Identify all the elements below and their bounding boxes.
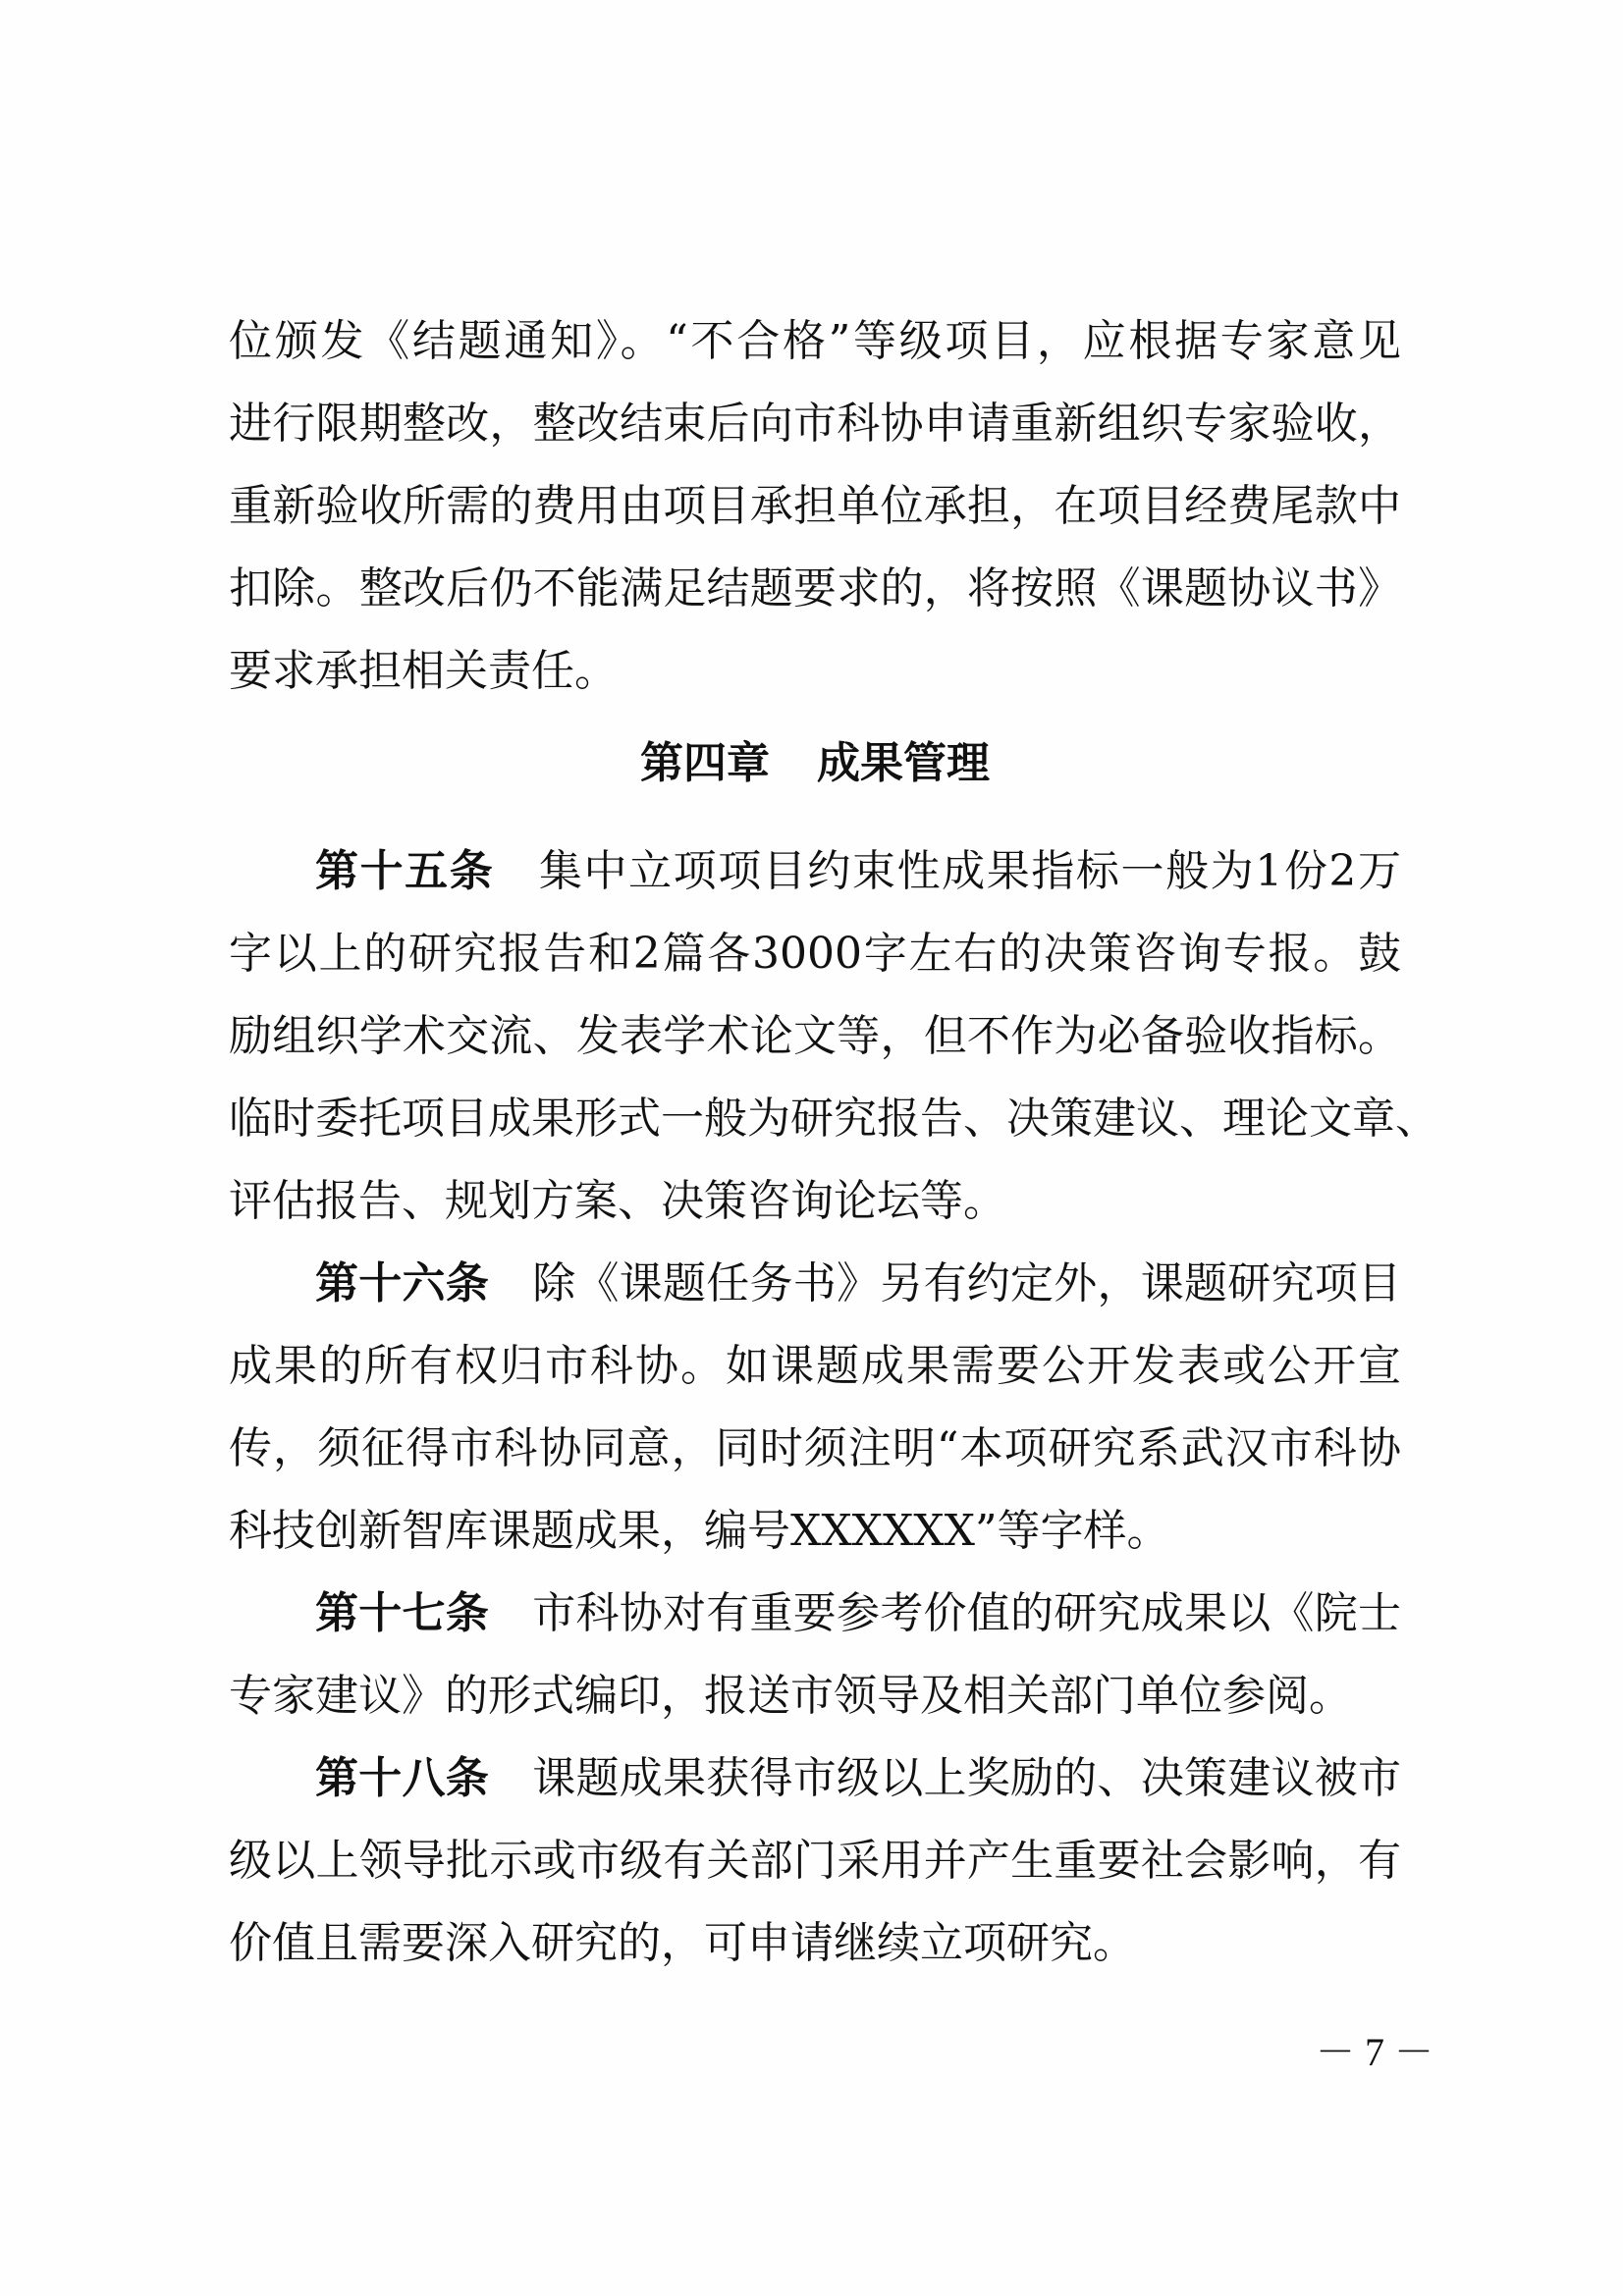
paragraph-line: 进行限期整改，整改结束后向市科协申请重新组织专家验收， [229,383,1401,465]
paragraph-line: 要求承担相关责任。 [229,630,1401,713]
page-number: － 7 － [1316,2028,1434,2077]
paragraph-line: 位颁发《结题通知》。“不合格”等级项目，应根据专家意见 [229,300,1401,383]
chapter-number: 第四章 [640,738,770,788]
paragraph-line: 价值且需要深入研究的，可申请继续立项研究。 [229,1902,1401,1985]
paragraph-line: 扣除。整改后仍不能满足结题要求的，将按照《课题协议书》 [229,548,1401,630]
article-text: 除《课题任务书》另有约定外，课题研究项目 [532,1258,1401,1308]
paragraph-line: 字以上的研究报告和2篇各3000字左右的决策咨询专报。鼓 [229,913,1401,995]
paragraph-line: 评估报告、规划方案、决策咨询论坛等。 [229,1160,1401,1243]
document-page: 位颁发《结题通知》。“不合格”等级项目，应根据专家意见 进行限期整改，整改结束后… [0,0,1623,2296]
paragraph-line: 重新验收所需的费用由项目承担单位承担，在项目经费尾款中 [229,465,1401,548]
article-label: 第十五条 [315,846,494,896]
paragraph-line: 科技创新智库课题成果，编号XXXXXX”等字样。 [229,1490,1401,1573]
paragraph-line: 专家建议》的形式编印，报送市领导及相关部门单位参阅。 [229,1655,1401,1737]
chapter-heading: 第四章成果管理 [229,722,1401,805]
article-label: 第十七条 [315,1588,489,1638]
article-text: 市科协对有重要参考价值的研究成果以《院士 [532,1588,1401,1638]
paragraph-line: 传，须征得市科协同意，同时须注明“本项研究系武汉市科协 [229,1408,1401,1490]
article-first-line: 第十五条集中立项项目约束性成果指标一般为1份2万 [229,830,1401,913]
article-first-line: 第十八条课题成果获得市级以上奖励的、决策建议被市 [229,1737,1401,1820]
article-label: 第十六条 [315,1258,489,1308]
paragraph-line: 励组织学术交流、发表学术论文等，但不作为必备验收指标。 [229,995,1401,1078]
article-text: 课题成果获得市级以上奖励的、决策建议被市 [532,1753,1401,1803]
article-label: 第十八条 [315,1753,489,1803]
article-first-line: 第十七条市科协对有重要参考价值的研究成果以《院士 [229,1573,1401,1655]
chapter-title: 成果管理 [817,738,990,788]
paragraph-line: 级以上领导批示或市级有关部门采用并产生重要社会影响，有 [229,1820,1401,1902]
article-text: 集中立项项目约束性成果指标一般为1份2万 [537,846,1401,896]
paragraph-line: 成果的所有权归市科协。如课题成果需要公开发表或公开宣 [229,1325,1401,1408]
article-first-line: 第十六条除《课题任务书》另有约定外，课题研究项目 [229,1243,1401,1325]
paragraph-line: 临时委托项目成果形式一般为研究报告、决策建议、理论文章、 [229,1078,1401,1160]
